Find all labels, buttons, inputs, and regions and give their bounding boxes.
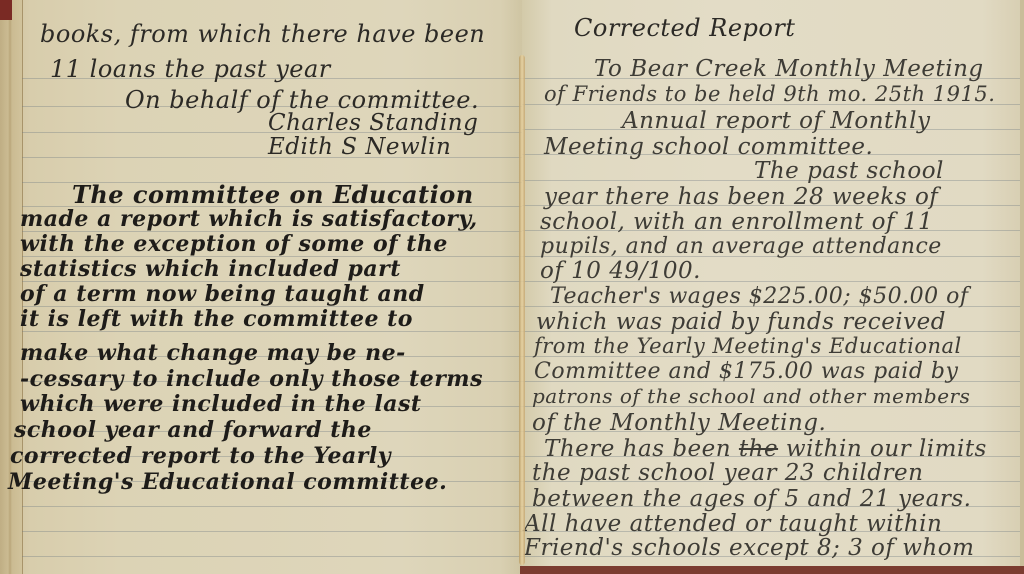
handwritten-line: school year and forward the (14, 417, 372, 443)
handwritten-line: year there has been 28 weeks of (544, 184, 938, 210)
handwritten-line: of Friends to be held 9th mo. 25th 1915. (544, 82, 995, 106)
handwritten-line: statistics which included part (20, 256, 401, 282)
signature-charles-standing: Charles Standing (268, 110, 478, 136)
handwritten-line: There has been the within our limits (544, 436, 987, 462)
handwritten-line: between the ages of 5 and 21 years. (532, 486, 971, 512)
page-edge (1020, 0, 1024, 574)
handwritten-line: books, from which there have been (40, 20, 485, 48)
handwritten-line: Committee and $175.00 was paid by (534, 359, 958, 384)
handwritten-line: Meeting's Educational committee. (8, 469, 447, 495)
handwritten-line: which were included in the last (20, 391, 422, 417)
ruled-line (22, 506, 522, 507)
handwritten-line: The past school (754, 158, 944, 184)
handwritten-line: Annual report of Monthly (622, 108, 930, 134)
book-cover-edge (520, 566, 1024, 574)
handwritten-line: -cessary to include only those terms (20, 366, 483, 392)
handwritten-line: it is left with the committee to (20, 306, 413, 332)
signature-edith-newlin: Edith S Newlin (268, 134, 451, 160)
ruled-line (22, 556, 522, 557)
handwritten-line: from the Yearly Meeting's Educational (534, 334, 962, 358)
handwritten-line: pupils, and an average attendance (540, 234, 942, 259)
handwritten-line: Meeting school committee. (544, 134, 873, 160)
handwritten-line: of the Monthly Meeting. (532, 410, 826, 436)
handwritten-line: Friend's schools except 8; 3 of whom (524, 535, 974, 561)
handwritten-line: The committee on Education (72, 180, 474, 209)
struck-out-word: the (739, 436, 778, 462)
handwritten-line: make what change may be ne- (20, 340, 406, 366)
handwritten-line: of 10 49/100. (540, 258, 701, 284)
binding-thread (519, 55, 525, 565)
handwritten-text: There has been (544, 436, 731, 462)
ruled-line (22, 531, 522, 532)
handwritten-line: the past school year 23 children (532, 460, 923, 486)
notebook-spread: books, from which there have been 11 loa… (0, 0, 1024, 574)
handwritten-line: All have attended or taught within (524, 511, 942, 537)
right-page: Corrected Report To Bear Creek Monthly M… (522, 0, 1020, 566)
handwritten-line: of a term now being taught and (20, 281, 425, 307)
handwritten-line: Teacher's wages $225.00; $50.00 of (550, 284, 969, 309)
handwritten-line: school, with an enrollment of 11 (540, 209, 933, 235)
handwritten-line: with the exception of some of the (20, 231, 448, 257)
cover-corner (0, 0, 12, 20)
handwritten-line: made a report which is satisfactory, (20, 206, 478, 232)
handwritten-line: To Bear Creek Monthly Meeting (594, 56, 984, 82)
handwritten-line: patrons of the school and other members (532, 384, 970, 408)
handwritten-line: 11 loans the past year (50, 55, 331, 83)
handwritten-text: within our limits (786, 436, 987, 462)
handwritten-line: corrected report to the Yearly (10, 443, 391, 469)
left-page: books, from which there have been 11 loa… (0, 0, 522, 574)
report-heading: Corrected Report (574, 14, 795, 42)
handwritten-line: which was paid by funds received (536, 309, 946, 335)
